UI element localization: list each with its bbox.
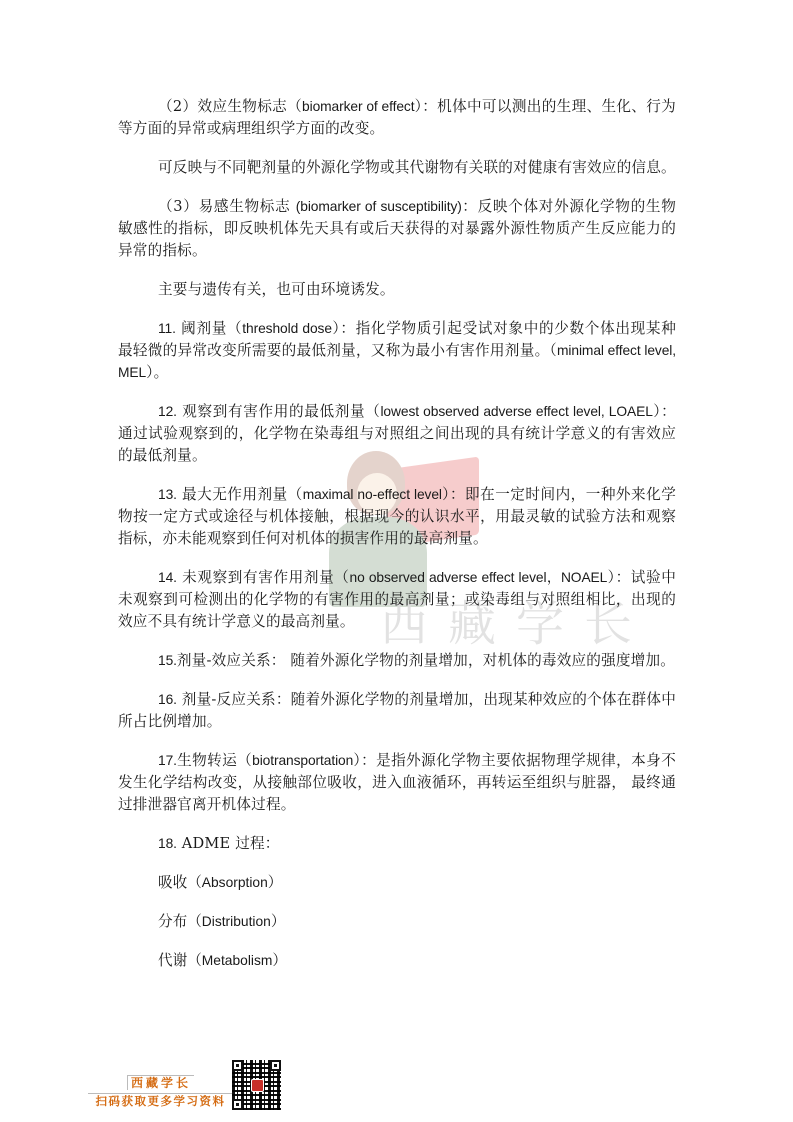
paragraph-max-no-effect: 13. 最大无作用剂量（maximal no-effect level）：即在一… [118, 484, 676, 550]
footer-branding: 西藏学长 扫码获取更多学习资料 [88, 1072, 233, 1109]
paragraph-dose-response: 16. 剂量-反应关系：随着外源化学物的剂量增加，出现某种效应的个体在群体中所占… [118, 689, 676, 733]
paragraph-biomarker-effect: （2）效应生物标志（biomarker of effect）：机体中可以测出的生… [118, 96, 676, 140]
english-term: biotransportation [252, 753, 353, 768]
item-number: 13. [158, 487, 177, 502]
english-term: lowest observed adverse effect level, LO… [380, 404, 652, 419]
paragraph-adme-heading: 18. ADME 过程： [118, 833, 676, 855]
brand-name: 西藏学长 [127, 1075, 194, 1090]
item-number: 12. [158, 404, 177, 419]
text-suffix-2: ）。 [146, 364, 168, 381]
qr-center-logo-icon [251, 1079, 264, 1092]
english-term: (biomarker of susceptibility) [296, 199, 462, 214]
item-number: 15. [158, 653, 177, 668]
paragraph-susceptibility-note: 主要与遗传有关，也可由环境诱发。 [118, 279, 676, 301]
adme-close-paren: ） [272, 952, 287, 969]
qr-code-icon[interactable] [232, 1060, 281, 1110]
english-term: threshold dose [242, 321, 332, 336]
english-term: no observed adverse effect level，NOAEL [350, 570, 608, 585]
adme-en-label: Distribution [202, 914, 271, 929]
text-body: 剂量-反应关系：随着外源化学物的剂量增加，出现某种效应的个体在群体中所占比例增加… [118, 691, 676, 730]
text-prefix: 最大无作用剂量（ [177, 486, 303, 503]
english-term: biomarker of effect [302, 99, 414, 114]
text-prefix: （3）易感生物标志 [158, 198, 296, 215]
item-number: 17. [158, 753, 177, 768]
paragraph-noael: 14. 未观察到有害作用剂量（no observed adverse effec… [118, 567, 676, 633]
text-body: ADME 过程： [177, 835, 280, 852]
paragraph-biomarker-effect-note: 可反映与不同靶剂量的外源化学物或其代谢物有关联的对健康有害效应的信息。 [118, 157, 676, 179]
paragraph-biomarker-susceptibility: （3）易感生物标志 (biomarker of susceptibility)：… [118, 196, 676, 262]
adme-item-absorption: 吸收（Absorption） [118, 872, 676, 894]
text-body: 剂量-效应关系： 随着外源化学物的剂量增加，对机体的毒效应的强度增加。 [177, 652, 675, 669]
adme-cn-label: 分布（ [158, 913, 202, 930]
item-number: 11. [158, 321, 176, 336]
qr-finder-pattern [232, 1060, 243, 1071]
english-term: maximal no-effect level [303, 487, 442, 502]
qr-finder-pattern [270, 1060, 281, 1071]
paragraph-biotransportation: 17.生物转运（biotransportation）：是指外源化学物主要依据物理… [118, 750, 676, 816]
adme-cn-label: 代谢（ [158, 952, 202, 969]
text-prefix: （2）效应生物标志（ [158, 98, 302, 115]
text-prefix: 阈剂量（ [176, 320, 242, 337]
adme-close-paren: ） [268, 874, 283, 891]
text-body: 可反映与不同靶剂量的外源化学物或其代谢物有关联的对健康有害效应的信息。 [158, 159, 676, 176]
item-number: 14. [158, 570, 177, 585]
document-body: （2）效应生物标志（biomarker of effect）：机体中可以测出的生… [118, 96, 676, 989]
brand-tagline: 扫码获取更多学习资料 [88, 1093, 233, 1109]
adme-item-distribution: 分布（Distribution） [118, 911, 676, 933]
qr-finder-pattern [232, 1099, 243, 1110]
paragraph-dose-effect: 15.剂量-效应关系： 随着外源化学物的剂量增加，对机体的毒效应的强度增加。 [118, 650, 676, 672]
adme-cn-label: 吸收（ [158, 874, 202, 891]
text-prefix: 生物转运（ [177, 752, 252, 769]
adme-en-label: Absorption [202, 875, 268, 890]
adme-en-label: Metabolism [202, 953, 273, 968]
text-body: 主要与遗传有关，也可由环境诱发。 [158, 281, 395, 298]
paragraph-threshold-dose: 11. 阈剂量（threshold dose）：指化学物质引起受试对象中的少数个… [118, 318, 676, 384]
adme-close-paren: ） [271, 913, 286, 930]
item-number: 16. [158, 692, 177, 707]
text-prefix: 未观察到有害作用剂量（ [177, 569, 350, 586]
item-number: 18. [158, 836, 177, 851]
paragraph-loael: 12. 观察到有害作用的最低剂量（lowest observed adverse… [118, 401, 676, 467]
text-prefix: 观察到有害作用的最低剂量（ [177, 403, 381, 420]
adme-item-metabolism: 代谢（Metabolism） [118, 950, 676, 972]
